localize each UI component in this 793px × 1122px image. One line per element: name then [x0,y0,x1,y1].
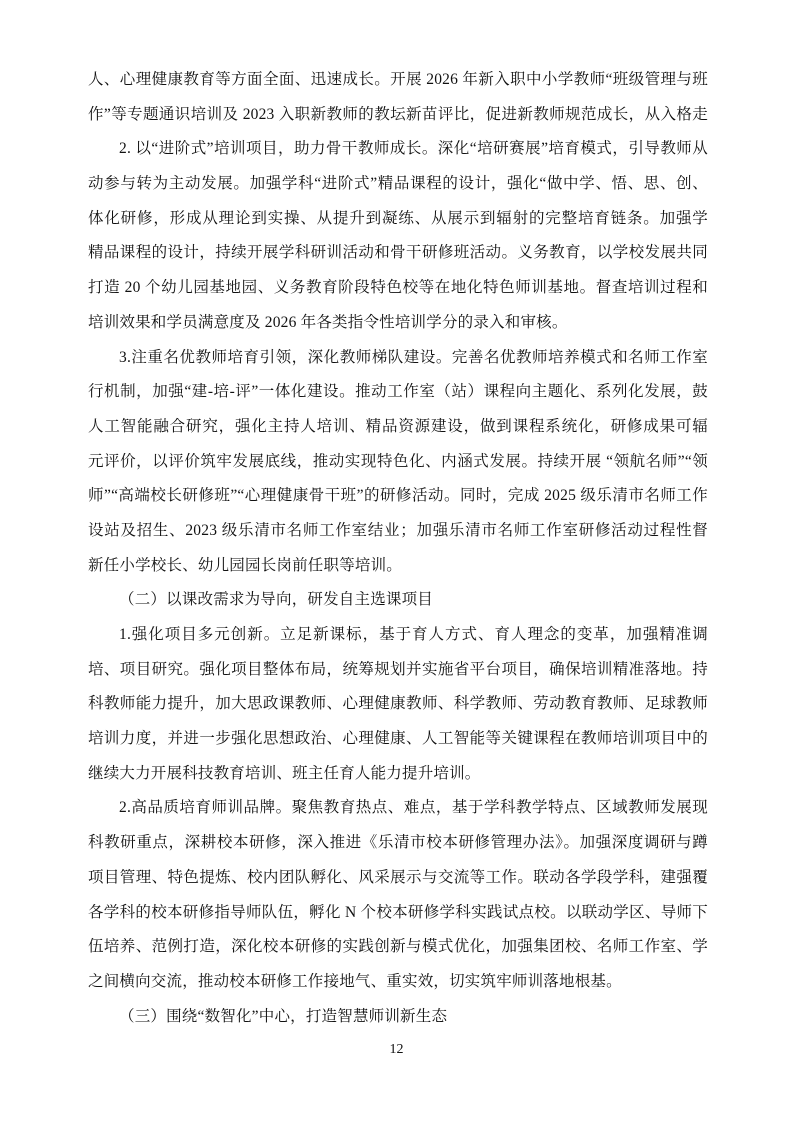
text-line: 人工智能融合研究，强化主持人培训、精品资源建设，做到课程系统化，研修成果可辐射。… [88,410,708,445]
text-line: 动参与转为主动发展。加强学科“进阶式”精品课程的设计，强化“做中学、悟、思、创、… [88,167,708,202]
paragraph-start: 1.强化项目多元创新。立足新课标，基于育人方式、育人理念的变革，加强精准调研、因… [88,618,708,653]
text-line: 各学科的校本研修指导师队伍，孵化 N 个校本研修学科实践试点校。以联动学区、导师… [88,896,708,931]
text-line: 项目管理、特色提炼、校内团队孵化、风采展示与交流等工作。联动各学段学科，建强覆盖… [88,861,708,896]
text-line: 体化研修，形成从理论到实操、从提升到凝练、从展示到辐射的完整培育链条。加强学科“… [88,202,708,237]
text-line: 培训效果和学员满意度及 2026 年各类指令性培训学分的录入和审核。 [88,306,708,341]
text-line: 精品课程的设计，持续开展学科研训活动和骨干研修班活动。义务教育，以学校发展共同体… [88,236,708,271]
text-line: 继续大力开展科技教育培训、班主任育人能力提升培训。 [88,757,708,792]
text-line: 打造 20 个幼儿园基地园、义务教育阶段特色校等在地化特色师训基地。督查培训过程… [88,271,708,306]
paragraph-start: 2. 以“进阶式”培训项目，助力骨干教师成长。深化“培研赛展”培育模式，引导教师… [88,132,708,167]
document-page: 人、心理健康教育等方面全面、迅速成长。开展 2026 年新入职中小学教师“班级管… [0,0,793,1122]
paragraph-start: 3.注重名优教师培育引领，深化教师梯队建设。完善名优教师培养模式和名师工作室（站… [88,341,708,376]
text-line: 伍培养、范例打造，深化校本研修的实践创新与模式优化，加强集团校、名师工作室、学区… [88,930,708,965]
text-line: 培、项目研究。强化项目整体布局，统筹规划并实施省平台项目，确保培训精准落地。持续… [88,653,708,688]
text-line: 之间横向交流，推动校本研修工作接地气、重实效，切实筑牢师训落地根基。 [88,965,708,1000]
text-line: 新任小学校长、幼儿园园长岗前任职等培训。 [88,549,708,584]
text-line: 元评价，以评价筑牢发展底线，推动实现特色化、内涵式发展。持续开展 “领航名师”“… [88,445,708,480]
text-line: 培训力度，并进一步强化思想政治、心理健康、人工智能等关键课程在教师培训项目中的全… [88,722,708,757]
text-line: 行机制，加强“建-培-评”一体化建设。推动工作室（站）课程向主题化、系列化发展，… [88,375,708,410]
text-line: 科教师能力提升，加大思政课教师、心理健康教师、科学教师、劳动教育教师、足球教师等… [88,687,708,722]
text-line: 设站及招生、2023 级乐清市名师工作室结业；加强乐清市名师工作室研修活动过程性… [88,514,708,549]
text-line: 作”等专题通识培训及 2023 入职新教师的教坛新苗评比，促进新教师规范成长，从… [88,98,708,133]
section-heading-3: （三）围绕“数智化”中心，打造智慧师训新生态 [88,1000,708,1035]
text-line: 科教研重点，深耕校本研修，深入推进《乐清市校本研修管理办法》。加强深度调研与蹲点… [88,826,708,861]
paragraph-start: 2.高品质培育师训品牌。聚焦教育热点、难点，基于学科教学特点、区域教师发展现状以… [88,791,708,826]
document-body: 人、心理健康教育等方面全面、迅速成长。开展 2026 年新入职中小学教师“班级管… [88,63,708,1034]
text-line: 师”“高端校长研修班”“心理健康骨干班”的研修活动。同时，完成 2025 级乐清… [88,479,708,514]
text-line: 人、心理健康教育等方面全面、迅速成长。开展 2026 年新入职中小学教师“班级管… [88,63,708,98]
section-heading-2: （二）以课改需求为导向，研发自主选课项目 [88,583,708,618]
page-number: 12 [0,1040,793,1060]
